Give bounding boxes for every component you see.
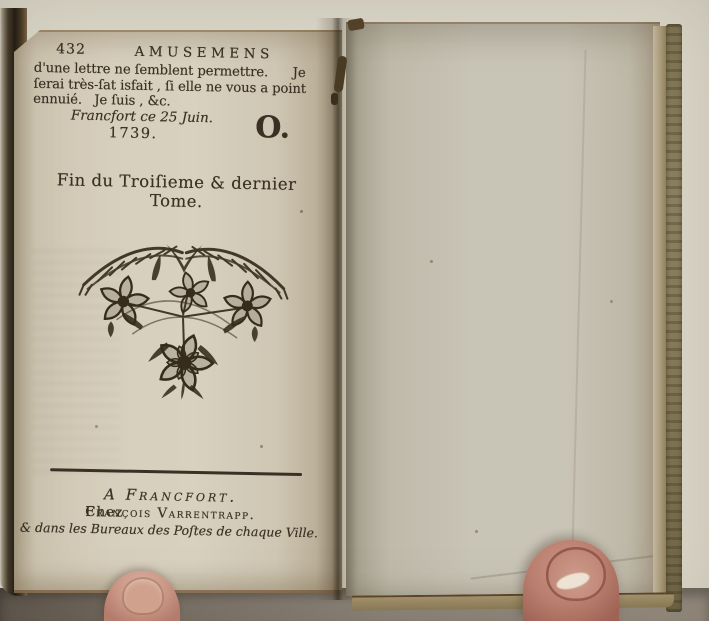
left-page-content: 432 AMUSEMENS d'une lettre ne ſemblent p… xyxy=(4,29,343,598)
right-page-blank xyxy=(346,22,660,598)
imprint-publisher-prefix: Chez xyxy=(85,504,123,521)
running-title: AMUSEMENS xyxy=(114,43,294,62)
imprint-rule xyxy=(50,468,302,476)
gutter-paper-chip xyxy=(331,93,338,105)
cover-board-edge xyxy=(666,24,682,612)
signature-mark: O. xyxy=(246,110,299,146)
dateline: Francfort ce 25 Juin. xyxy=(71,108,213,127)
book-photo: 432 AMUSEMENS d'une lettre ne ſemblent p… xyxy=(0,0,709,621)
nail-shine-highlight xyxy=(555,570,592,593)
floral-ornament xyxy=(76,237,291,403)
page-number: 432 xyxy=(56,41,86,58)
colophon-line: Tome. xyxy=(41,189,311,213)
dateline-year: 1739. xyxy=(108,125,157,142)
fingernail-left xyxy=(122,577,164,615)
fingernail-right xyxy=(546,547,606,601)
fore-edge xyxy=(653,26,666,604)
